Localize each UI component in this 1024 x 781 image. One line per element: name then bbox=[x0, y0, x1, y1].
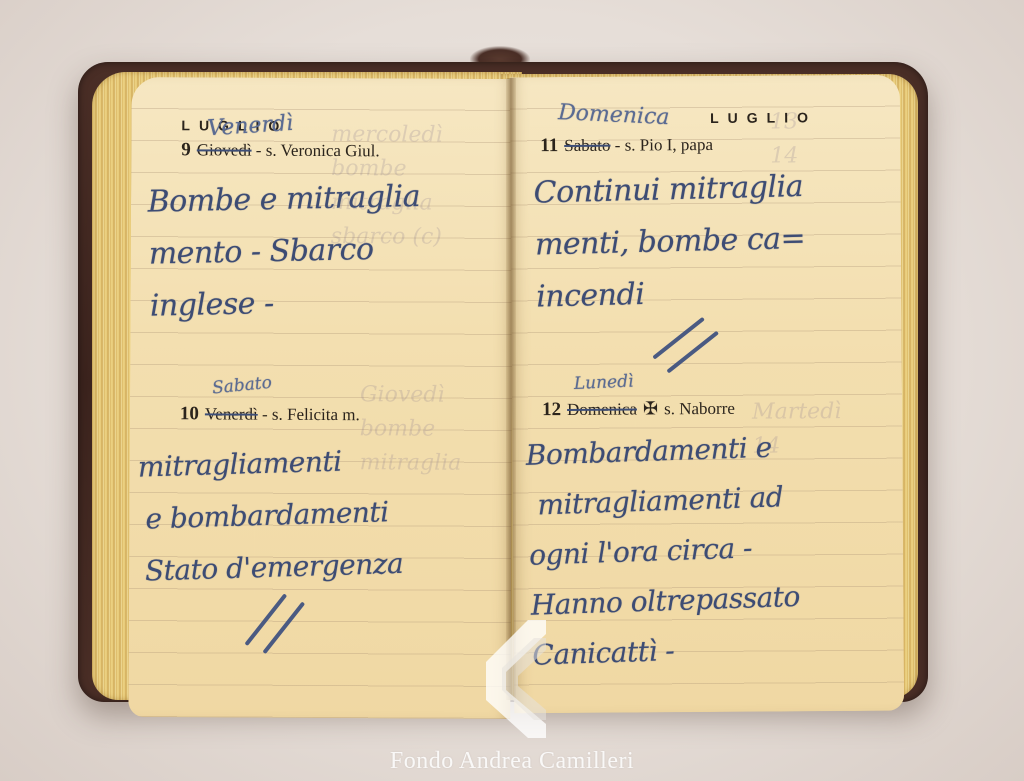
handwritten-entry-9: Bombe e mitraglia mento - Sbarco inglese… bbox=[147, 171, 423, 333]
day-number: 11 bbox=[540, 135, 558, 156]
handwritten-day-correction: Lunedì bbox=[574, 371, 634, 393]
printed-day-struck: Domenica bbox=[567, 399, 637, 418]
handwritten-line: ogni l'ora circa - bbox=[528, 522, 799, 581]
handwritten-line: incendi bbox=[536, 265, 807, 324]
printed-day-struck: Giovedì bbox=[197, 140, 252, 159]
handwritten-day-correction: Domenica bbox=[558, 100, 670, 130]
saint-name: - s. Pio I, papa bbox=[615, 135, 713, 155]
left-page: mercoledìbombemitragliasbarco (c) Gioved… bbox=[128, 77, 513, 719]
diary-photo: mercoledìbombemitragliasbarco (c) Gioved… bbox=[0, 0, 1024, 781]
maltese-cross-icon: ✠ bbox=[643, 398, 658, 418]
handwritten-line: Hanno oltrepassato bbox=[530, 572, 801, 631]
handwritten-line: mento - Sbarco bbox=[148, 223, 421, 281]
handwritten-entry-10: mitragliamenti e bombardamenti Stato d'e… bbox=[137, 434, 404, 598]
saint-name: - s. Veronica Giul. bbox=[256, 141, 380, 161]
handwritten-entry-12: Bombardamenti e mitragliamenti ad ogni l… bbox=[525, 422, 802, 681]
book-gutter bbox=[506, 78, 516, 700]
printed-day-struck: Venerdì bbox=[205, 404, 258, 423]
handwritten-line: mitragliamenti ad bbox=[527, 472, 798, 531]
handwritten-line: mitragliamenti bbox=[137, 434, 401, 494]
handwritten-line: Bombe e mitraglia bbox=[147, 171, 420, 229]
month-header-right: LUGLIO bbox=[710, 109, 817, 126]
entry-header-11: 11Sabato - s. Pio I, papa bbox=[540, 134, 713, 157]
handwritten-line: Bombardamenti e bbox=[525, 422, 796, 481]
handwritten-line: menti, bombe ca= bbox=[534, 213, 805, 272]
handwritten-day-correction: Venerdì bbox=[207, 111, 294, 141]
saint-name: s. Naborre bbox=[664, 399, 735, 418]
entry-header-12: 12Domenica✠s. Naborre bbox=[542, 398, 735, 421]
day-number: 10 bbox=[180, 403, 199, 424]
day-number: 12 bbox=[542, 399, 561, 420]
entry-header-10: 10Venerdì - s. Felicita m. bbox=[180, 403, 360, 426]
printed-day-struck: Sabato bbox=[564, 136, 610, 155]
handwritten-line: Stato d'emergenza bbox=[140, 538, 404, 598]
day-number: 9 bbox=[181, 139, 191, 160]
watermark-text: Fondo Andrea Camilleri bbox=[0, 748, 1024, 775]
right-page: 1314 Martedì14 Domenica LUGLIO 11Sabato … bbox=[510, 75, 904, 714]
handwritten-line: Continui mitraglia bbox=[533, 161, 804, 220]
entry-header-9: 9Giovedì - s. Veronica Giul. bbox=[181, 139, 380, 162]
handwritten-line: e bombardamenti bbox=[139, 486, 403, 546]
handwritten-line: Canicattì - bbox=[532, 622, 803, 681]
handwritten-line: inglese - bbox=[149, 275, 422, 333]
fac-monogram-logo-icon bbox=[476, 620, 546, 738]
saint-name: - s. Felicita m. bbox=[262, 405, 360, 425]
handwritten-day-correction: Sabato bbox=[211, 373, 273, 399]
handwritten-entry-11: Continui mitraglia menti, bombe ca= ince… bbox=[533, 161, 807, 324]
